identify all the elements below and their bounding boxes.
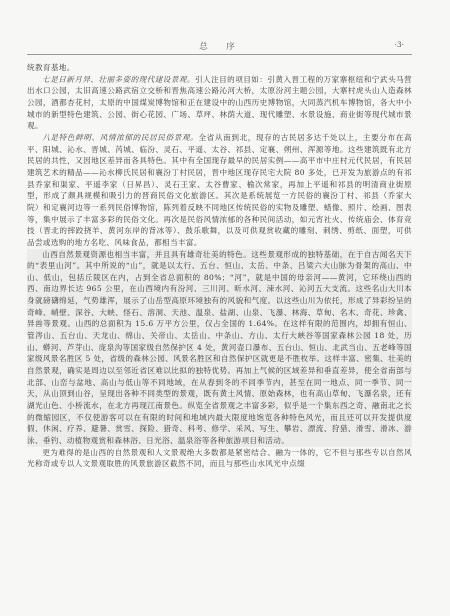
paragraph-1: 统教育基地。 — [27, 62, 412, 74]
paragraph-2: 七是日新月异、壮丽多姿的现代建设景观。引人注目的项目如：引黄入晋工程的万家寨枢纽… — [27, 74, 412, 132]
paragraph-text: 全省从南到北，现存的古民居多达千处以上，主要分布在高平、阳城、沁水、晋城、芮城、… — [27, 133, 412, 247]
paragraph-lead: 八是特色鲜明、风情浓郁的民居民俗景观。 — [42, 133, 198, 142]
paragraph-lead: 七是日新月异、壮丽多姿的现代建设景观。 — [42, 75, 195, 84]
running-head: 总 序 ·3· — [27, 40, 412, 55]
book-page: 总 序 ·3· 统教育基地。 七是日新月异、壮丽多姿的现代建设景观。引人注目的项… — [0, 0, 450, 616]
body-text: 统教育基地。 七是日新月异、壮丽多姿的现代建设景观。引人注目的项目如：引黄入晋工… — [27, 62, 412, 470]
paragraph-text: 统教育基地。 — [27, 63, 75, 72]
paragraph-4: 山西自然景观资源也相当丰富，并且具有雄奇壮美的特色。这些景观形成的独特基础，在于… — [27, 249, 412, 447]
paragraph-text: 更为难得的是山西的自然景观和人文景观绝大多数都是紧密结合、融为一体的，它不但与那… — [27, 448, 412, 469]
paragraph-5: 更为难得的是山西的自然景观和人文景观绝大多数都是紧密结合、融为一体的，它不但与那… — [27, 447, 412, 470]
paragraph-text: 山西自然景观资源也相当丰富，并且具有雄奇壮美的特色。这些景观形成的独特基础，在于… — [27, 250, 412, 446]
page-number: ·3· — [394, 40, 404, 49]
chapter-title: 总 序 — [27, 40, 412, 52]
paragraph-3: 八是特色鲜明、风情浓郁的民居民俗景观。全省从南到北，现存的古民居多达千处以上，主… — [27, 132, 412, 249]
